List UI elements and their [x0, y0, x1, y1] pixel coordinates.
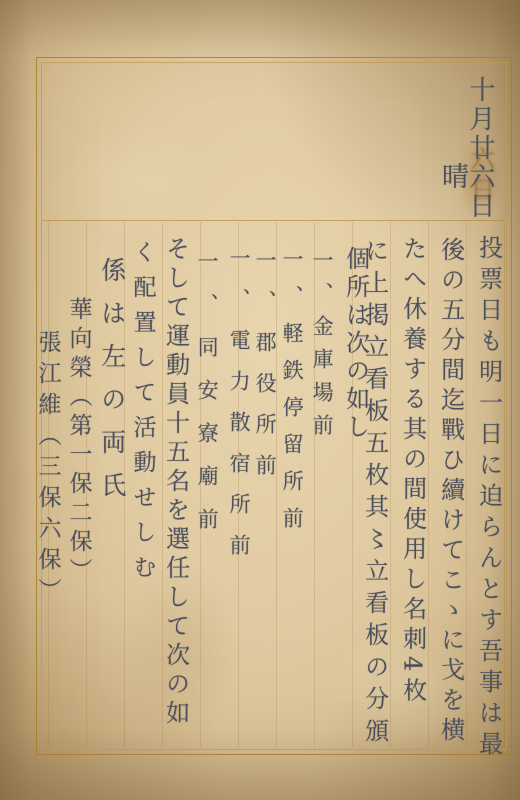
list-item-column: 一、同安寮廟前	[195, 250, 219, 551]
text-column: 係は左の両氏	[97, 257, 126, 515]
list-item-column: 一、軽鉄停留所前	[280, 248, 304, 544]
text-column: 後の五分間迄戰ひ續けてこゝに戈を横	[436, 237, 464, 747]
list-item-column: 一、郡役所前	[253, 249, 277, 495]
name-column: 張江維（三保六保）	[34, 330, 60, 609]
diary-page: 六日 十月廿六日 晴 投票日も明一日に迫らんとす吾事は最 後の五分間迄戰ひ續けて…	[0, 0, 520, 800]
header-divider-line	[42, 220, 505, 221]
text-column: そして運動員十五名を選任して次の如	[161, 236, 189, 729]
list-item-column: 一、金庫場前	[310, 249, 334, 447]
text-column: 個所は次の如し	[341, 246, 369, 442]
name-column: 華向榮（第一保二保）	[65, 297, 91, 587]
text-column: く配置して活動せしむ	[129, 240, 155, 590]
date: 十月廿六日	[464, 76, 494, 221]
list-item-column: 一、電力散宿所前	[227, 247, 251, 575]
text-column: たへ休養する其の間使用し名刺4枚	[398, 236, 426, 707]
text-column: 投票日も明一日に迫らんとす吾事は最	[474, 235, 502, 762]
weather: 晴	[437, 162, 468, 189]
